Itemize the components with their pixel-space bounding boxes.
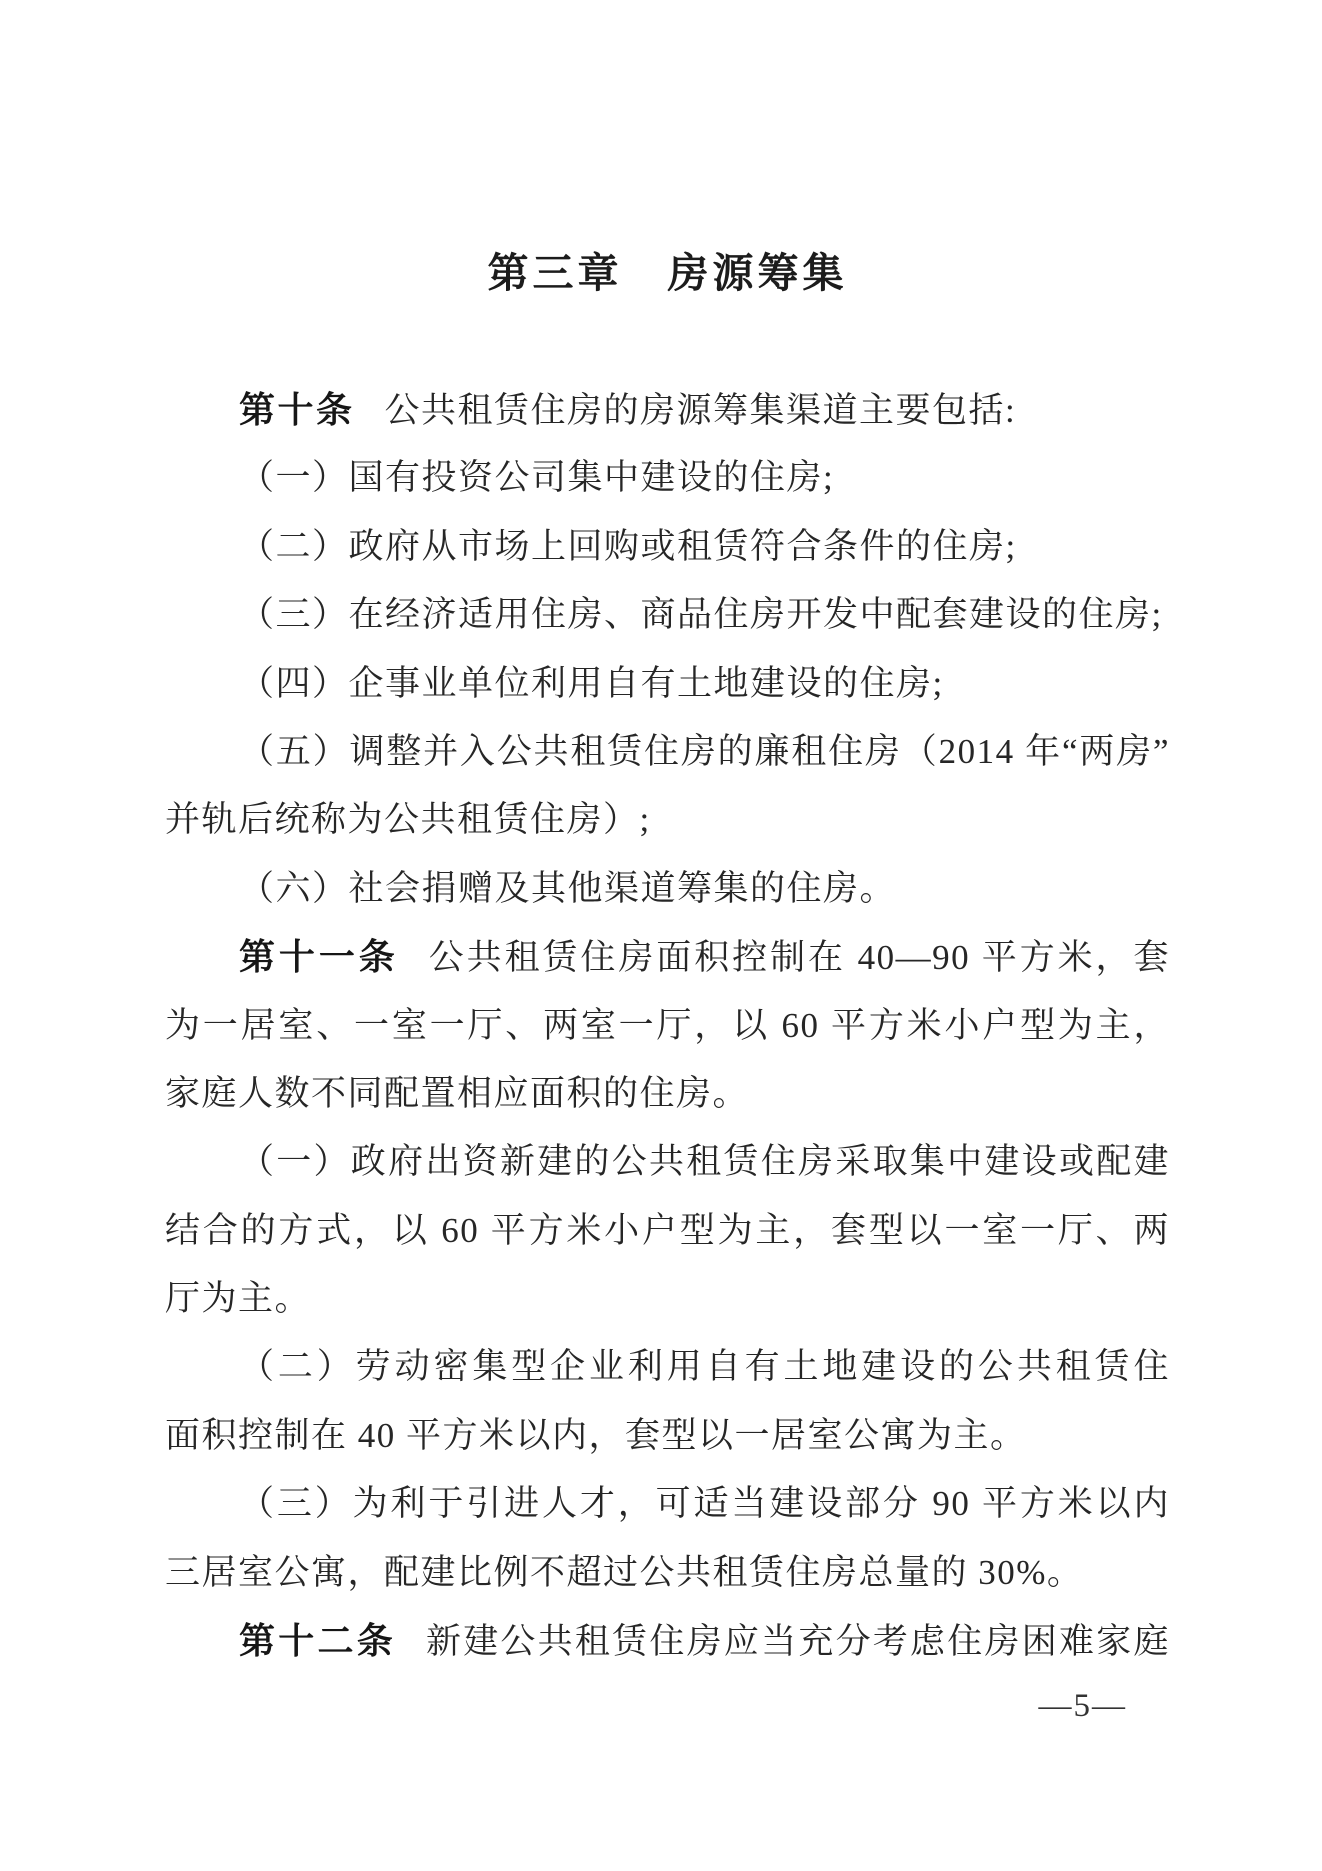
document-body: 第十条公共租赁住房的房源筹集渠道主要包括: （一）国有投资公司集中建设的住房; … — [165, 376, 1170, 1675]
text-line: （二）政府从市场上回购或租赁符合条件的住房; — [165, 513, 1170, 581]
text-line: （六）社会捐赠及其他渠道筹集的住房。 — [165, 855, 1170, 923]
line-text: 新建公共租赁住房应当充分考虑住房困难家庭 — [426, 1622, 1170, 1661]
text-line: （四）企事业单位利用自有土地建设的住房; — [165, 650, 1170, 718]
text-line: 第十二条新建公共租赁住房应当充分考虑住房困难家庭 — [165, 1607, 1170, 1675]
text-line: 第十条公共租赁住房的房源筹集渠道主要包括: — [165, 376, 1170, 444]
document-page: 第三章 房源筹集 第十条公共租赁住房的房源筹集渠道主要包括: （一）国有投资公司… — [0, 0, 1322, 1871]
page-number: —5— — [165, 1686, 1170, 1726]
chapter-title: 第三章 房源筹集 — [165, 240, 1170, 299]
article-label: 第十二条 — [239, 1620, 396, 1661]
text-line: （五）调整并入公共租赁住房的廉租住房（2014 年“两房” — [165, 718, 1170, 786]
text-line: （二）劳动密集型企业利用自有土地建设的公共租赁住房， — [165, 1333, 1170, 1401]
text-line: 家庭人数不同配置相应面积的住房。 — [165, 1060, 1170, 1128]
text-line: 厅为主。 — [165, 1265, 1170, 1333]
article-label: 第十一条 — [239, 936, 399, 977]
article-label: 第十条 — [239, 389, 355, 430]
text-line: （三）在经济适用住房、商品住房开发中配套建设的住房; — [165, 581, 1170, 649]
text-line: （三）为利于引进人才，可适当建设部分 90 平方米以内的 — [165, 1470, 1170, 1538]
text-line: 面积控制在 40 平方米以内，套型以一居室公寓为主。 — [165, 1402, 1170, 1470]
text-line: 结合的方式，以 60 平方米小户型为主，套型以一室一厅、两室一 — [165, 1197, 1170, 1265]
text-line: 并轨后统称为公共租赁住房）; — [165, 786, 1170, 854]
line-text: 公共租赁住房的房源筹集渠道主要包括: — [385, 391, 1017, 430]
text-line: 第十一条公共租赁住房面积控制在 40—90 平方米，套型 — [165, 923, 1170, 991]
text-line: （一）国有投资公司集中建设的住房; — [165, 444, 1170, 512]
text-line: 为一居室、一室一厅、两室一厅，以 60 平方米小户型为主，根据 — [165, 992, 1170, 1060]
text-line: （一）政府出资新建的公共租赁住房采取集中建设或配建相 — [165, 1128, 1170, 1196]
text-line: 三居室公寓，配建比例不超过公共租赁住房总量的 30%。 — [165, 1539, 1170, 1607]
